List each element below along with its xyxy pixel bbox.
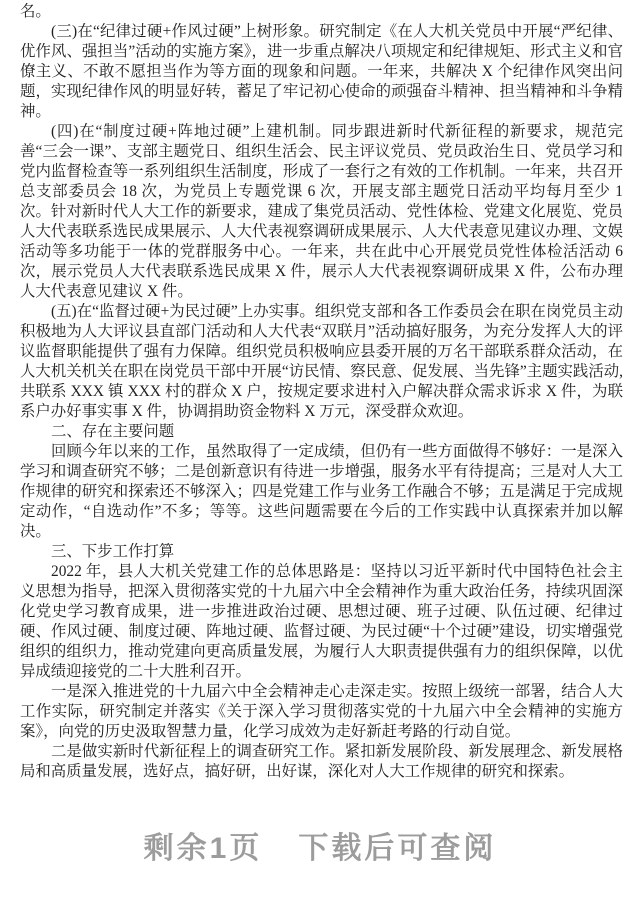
paragraph: (四)在“制度过硬+阵地过硬”上建机制。同步跟进新时代新征程的新要求，规范完善“… [20,122,623,302]
paragraph: (五)在“监督过硬+为民过硬”上办实事。组织党支部和各工作委员会在职在岗党员主动… [20,302,623,422]
paragraph: 三、下步工作打算 [20,542,623,562]
paragraph: (三)在“纪律过硬+作风过硬”上树形象。研究制定《在人大机关党员中开展“严纪律、… [20,22,623,122]
paragraph: 2022 年，县人大机关党建工作的总体思路是：坚持以习近平新时代中国特色社会主义… [20,562,623,682]
paragraph: 名。 [20,2,623,22]
paragraph: 二是做实新时代新征程上的调查研究工作。紧扣新发展阶段、新发展理念、新发展格局和高… [20,742,623,782]
paragraph: 二、存在主要问题 [20,422,623,442]
paragraph: 回顾今年以来的工作，虽然取得了一定成绩，但仍有一些方面做得不够好：一是深入学习和… [20,442,623,542]
document-page: 名。(三)在“纪律过硬+作风过硬”上树形象。研究制定《在人大机关党员中开展“严纪… [0,0,640,902]
paragraph: 一是深入推进党的十九届六中全会精神走心走深走实。按照上级统一部署，结合人大工作实… [20,682,623,742]
download-to-view-label: 下载后可查阅 [298,832,496,865]
document-body: 名。(三)在“纪律过硬+作风过硬”上树形象。研究制定《在人大机关党员中开展“严纪… [20,2,623,782]
remaining-pages-label: 剩余1页 [144,832,263,865]
remaining-pages-notice: 剩余1页下载后可查阅 [0,823,640,867]
